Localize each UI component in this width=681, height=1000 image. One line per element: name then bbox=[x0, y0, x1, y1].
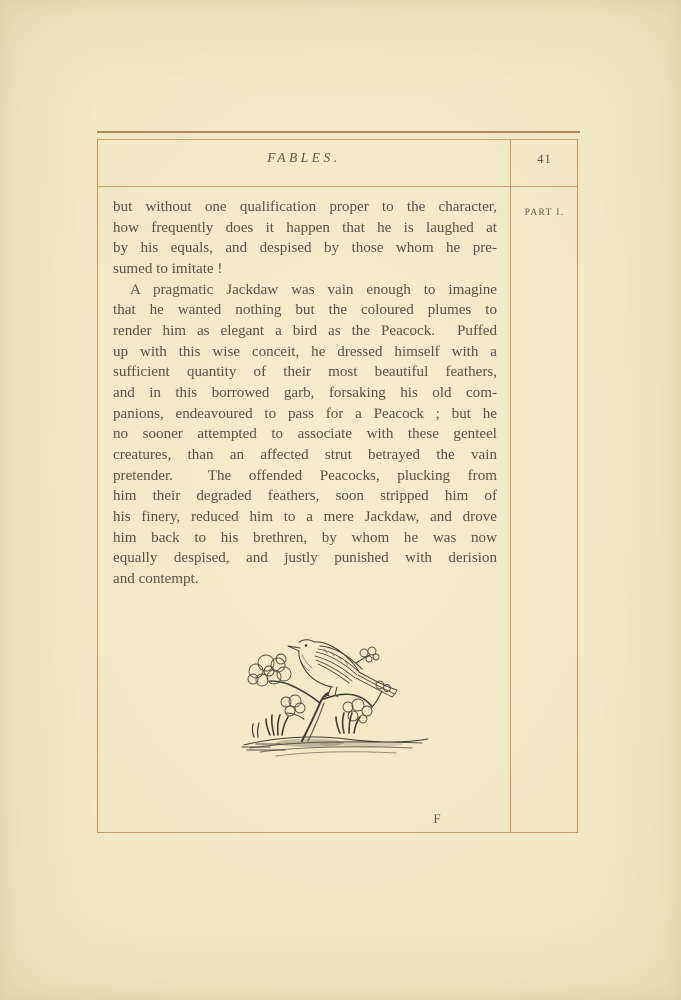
body-line: equally despised, and justly punished wi… bbox=[113, 548, 497, 569]
running-head: FABLES. bbox=[98, 150, 510, 166]
scanned-book-page: FABLES. 41 PART I. but without one quali… bbox=[0, 0, 681, 1000]
top-border-rule bbox=[97, 131, 580, 133]
body-line: sumed to imitate ! bbox=[113, 259, 497, 280]
body-line: that he wanted nothing but the coloured … bbox=[113, 300, 497, 321]
body-line: render him as elegant a bird as the Peac… bbox=[113, 321, 497, 342]
page-number: 41 bbox=[511, 152, 578, 167]
header-rule bbox=[98, 186, 578, 187]
margin-column-divider bbox=[510, 139, 511, 833]
body-line: by his equals, and despised by those who… bbox=[113, 238, 497, 259]
ground-hatching bbox=[242, 737, 428, 756]
jackdaw-illustration bbox=[236, 629, 438, 763]
body-line: no sooner attempted to associate with th… bbox=[113, 424, 497, 445]
part-label: PART I. bbox=[511, 208, 578, 218]
body-line: panions, endeavoured to pass for a Peaco… bbox=[113, 404, 497, 425]
body-line: how frequently does it happen that he is… bbox=[113, 218, 497, 239]
body-line: up with this wise conceit, he dressed hi… bbox=[113, 342, 497, 363]
body-line: him their degraded feathers, soon stripp… bbox=[113, 486, 497, 507]
fable-text: but without one qualification proper to … bbox=[113, 197, 497, 589]
signature-mark: F bbox=[417, 811, 457, 827]
body-line: and in this borrowed garb, forsaking his… bbox=[113, 383, 497, 404]
body-line: creatures, than an affected strut betray… bbox=[113, 445, 497, 466]
body-line: but without one qualification proper to … bbox=[113, 197, 497, 218]
body-line: A pragmatic Jackdaw was vain enough to i… bbox=[113, 280, 497, 301]
jackdaw-bird bbox=[288, 640, 397, 697]
body-line: his finery, reduced him to a mere Jackda… bbox=[113, 507, 497, 528]
body-line: pretender. The offended Peacocks, plucki… bbox=[113, 466, 497, 487]
body-line: and contempt. bbox=[113, 569, 497, 590]
body-line: him back to his brethren, by whom he was… bbox=[113, 528, 497, 549]
body-line: sufficient quantity of their most beauti… bbox=[113, 362, 497, 383]
